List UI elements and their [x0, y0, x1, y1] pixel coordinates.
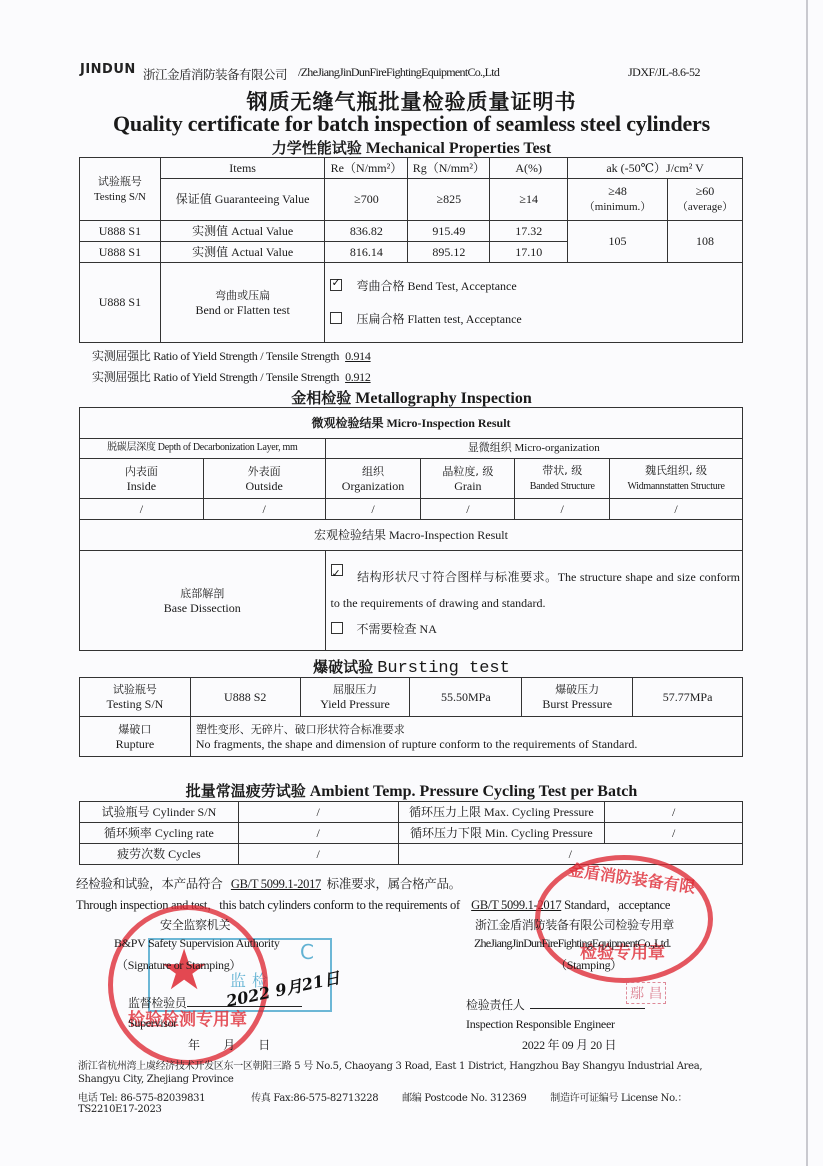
conclusion-cn: 经检验和试验，本产品符合 GB/T 5099.1-2017 标准要求，属合格产品…: [76, 874, 461, 892]
bend-sn: U888 S1: [80, 263, 161, 343]
document-title-en: Quality certificate for batch inspection…: [0, 111, 823, 137]
guarantee-ak-min: ≥48（minimum.）: [568, 179, 668, 221]
company-name-cn: 浙江金盾消防装备有限公司: [143, 65, 287, 83]
decarb-header: 脱碳层深度 Depth of Decarbonization Layer, mm: [80, 439, 326, 459]
na-option-label: 不需要检查 NA: [357, 622, 437, 636]
cycling-value: /: [238, 844, 398, 865]
burst-pressure-label: 爆破压力Burst Pressure: [522, 678, 633, 717]
sn-header: 试验瓶号Testing S/N: [80, 158, 161, 221]
rupture-label: 爆破口Rupture: [80, 717, 191, 757]
bend-label: 弯曲或压扁Bend or Flatten test: [160, 263, 325, 343]
ratio-line-2: 实测屈强比 Ratio of Yield Strength / Tensile …: [92, 368, 371, 385]
bend-checkbox[interactable]: [330, 279, 342, 291]
supervisor-cn: 监督检验员: [128, 994, 302, 1011]
authority-note: （Signature or Stamping）: [116, 956, 241, 973]
row-rg: 915.49: [408, 221, 490, 242]
engineer-date: 2022 年 09 月 20 日: [522, 1036, 616, 1053]
table-row: U888 S1 实测值 Actual Value 836.82 915.49 1…: [80, 221, 743, 242]
col-grain: 晶粒度, 级Grain: [421, 459, 515, 499]
value-cell: /: [203, 499, 325, 520]
guarantee-re: ≥700: [325, 179, 408, 221]
col-widmannstatten: 魏氏组织, 级Widmannstatten Structure: [610, 459, 743, 499]
guarantee-a: ≥14: [490, 179, 568, 221]
standard-ref: GB/T 5099.1-2017: [231, 877, 321, 891]
macro-options: 结构形状尺寸符合图样与标准要求。The structure shape and …: [325, 551, 742, 651]
section-title-en: Mechanical Properties Test: [366, 140, 551, 157]
company-stamp-note: （Stamping）: [555, 956, 622, 973]
company-stamp-cn: 浙江金盾消防装备有限公司检验专用章: [475, 916, 674, 933]
ak-actual-min: 105: [568, 221, 668, 263]
bend-options: 弯曲合格 Bend Test, Acceptance 压扁合格 Flatten …: [325, 263, 743, 343]
col-banded: 带状, 级Banded Structure: [515, 459, 610, 499]
a-header: A(%): [490, 158, 568, 179]
re-header: Re（N/mm²）: [325, 158, 408, 179]
metallography-section-title: 金相检验 Metallography Inspection: [0, 387, 823, 408]
company-logo: JINDUN: [80, 62, 136, 77]
rg-header: Rg（N/mm²）: [408, 158, 490, 179]
table-row: / / / / / /: [80, 499, 743, 520]
value-cell: /: [325, 499, 421, 520]
ratio-value: 0.912: [345, 370, 371, 384]
engineer-signature-line: [530, 1008, 645, 1009]
row-a: 17.10: [490, 242, 568, 263]
table-row: 试验瓶号 Cylinder S/N / 循环压力上限 Max. Cycling …: [80, 802, 743, 823]
yield-pressure-value: 55.50MPa: [410, 678, 522, 717]
row-re: 836.82: [325, 221, 408, 242]
burst-sn: U888 S2: [190, 678, 300, 717]
section-title-cn: 力学性能试验: [272, 139, 362, 157]
footer-contact: 电话 Tel: 86-575-82039831 传真 Fax:86-575-82…: [78, 1089, 743, 1115]
supervisor-en: Supervisor: [128, 1016, 177, 1031]
ak-actual-avg: 108: [668, 221, 743, 263]
engineer-en: Inspection Responsible Engineer: [466, 1017, 615, 1032]
mechanical-table: 试验瓶号Testing S/N Items Re（N/mm²） Rg（N/mm²…: [79, 157, 743, 343]
cycling-label: 循环频率 Cycling rate: [80, 823, 239, 844]
engineer-cn: 检验责任人: [466, 996, 645, 1013]
value-cell: /: [421, 499, 515, 520]
base-dissection-label: 底部解剖Base Dissection: [80, 551, 326, 651]
guarantee-label: 保证值 Guaranteeing Value: [160, 179, 325, 221]
document-header: JINDUN 浙江金盾消防装备有限公司 /ZheJiangJinDunFireF…: [80, 60, 720, 84]
supervisor-date: 年 月 日: [188, 1036, 270, 1053]
flatten-checkbox[interactable]: [330, 312, 342, 324]
cycling-value: /: [238, 802, 398, 823]
bursting-table: 试验瓶号Testing S/N U888 S2 屈服压力Yield Pressu…: [79, 677, 743, 757]
authority-en: B&PV Safety Supervision Authority: [114, 936, 280, 951]
table-row: 循环频率 Cycling rate / 循环压力下限 Min. Cycling …: [80, 823, 743, 844]
blue-stamp-letter: C: [300, 940, 314, 964]
value-cell: /: [610, 499, 743, 520]
ratio-line-1: 实测屈强比 Ratio of Yield Strength / Tensile …: [92, 347, 371, 364]
row-re: 816.14: [325, 242, 408, 263]
mechanical-section-title: 力学性能试验 Mechanical Properties Test: [0, 137, 823, 158]
col-inside: 内表面Inside: [80, 459, 204, 499]
footer-tel: 电话 Tel: 86-575-82039831: [78, 1093, 205, 1104]
rupture-description: 塑性变形、无碎片、破口形状符合标准要求No fragments, the sha…: [190, 717, 742, 757]
document-code: JDXF/JL-8.6-52: [628, 65, 700, 80]
company-name-en: /ZheJiangJinDunFireFightingEquipmentCo.,…: [298, 65, 499, 80]
cycling-value: /: [605, 802, 743, 823]
flatten-option-label: 压扁合格 Flatten test, Acceptance: [356, 312, 521, 326]
metallography-table: 微观检验结果 Micro-Inspection Result 脱碳层深度 Dep…: [79, 407, 743, 651]
guarantee-ak-avg: ≥60（average）: [668, 179, 743, 221]
burst-sn-label: 试验瓶号Testing S/N: [80, 678, 191, 717]
cycling-section-title: 批量常温疲劳试验 Ambient Temp. Pressure Cycling …: [0, 780, 823, 801]
row-sn: U888 S1: [80, 242, 161, 263]
guarantee-rg: ≥825: [408, 179, 490, 221]
burst-pressure-value: 57.77MPa: [633, 678, 743, 717]
conform-option-label: 结构形状尺寸符合图样与标准要求。The structure shape and …: [331, 570, 740, 610]
cycling-label: 循环压力下限 Min. Cycling Pressure: [398, 823, 605, 844]
supervisor-signature-line: [187, 1006, 302, 1007]
footer-fax: 传真 Fax:86-575-82713228: [251, 1093, 378, 1104]
footer-postcode: 邮编 Postcode No. 312369: [402, 1093, 526, 1104]
value-cell: /: [80, 499, 204, 520]
row-item: 实测值 Actual Value: [160, 221, 325, 242]
footer-address: 浙江省杭州湾上虞经济技术开发区东一区朝阳三路 5 号 No.5, Chaoyan…: [78, 1060, 743, 1086]
items-header: Items: [160, 158, 325, 179]
bursting-section-title: 爆破试验 Bursting test: [0, 656, 823, 678]
row-a: 17.32: [490, 221, 568, 242]
cycling-label: 循环压力上限 Max. Cycling Pressure: [398, 802, 605, 823]
col-organization: 组织Organization: [325, 459, 421, 499]
ratio-value: 0.914: [345, 349, 371, 363]
na-checkbox[interactable]: [331, 622, 343, 634]
ak-header: ak (-50℃）J/cm² V: [568, 158, 743, 179]
col-outside: 外表面Outside: [203, 459, 325, 499]
value-cell: /: [515, 499, 610, 520]
authority-cn: 安全监察机关: [160, 916, 230, 933]
microorg-header: 显微组织 Micro-organization: [325, 439, 742, 459]
cycling-table: 试验瓶号 Cylinder S/N / 循环压力上限 Max. Cycling …: [79, 801, 743, 865]
macro-inspection-title: 宏观检验结果 Macro-Inspection Result: [80, 520, 743, 551]
yield-pressure-label: 屈服压力Yield Pressure: [300, 678, 410, 717]
company-stamp-en: ZheJiangJinDunFireFightingEquipmentCo.,L…: [474, 936, 671, 951]
cycling-value: /: [238, 823, 398, 844]
micro-inspection-title: 微观检验结果 Micro-Inspection Result: [80, 408, 743, 439]
conform-checkbox[interactable]: [331, 564, 343, 576]
row-rg: 895.12: [408, 242, 490, 263]
row-sn: U888 S1: [80, 221, 161, 242]
page-edge: [806, 0, 808, 1166]
cycling-label: 试验瓶号 Cylinder S/N: [80, 802, 239, 823]
cycling-value: /: [605, 823, 743, 844]
bend-option-label: 弯曲合格 Bend Test, Acceptance: [356, 279, 516, 293]
row-item: 实测值 Actual Value: [160, 242, 325, 263]
cycling-label: 疲劳次数 Cycles: [80, 844, 239, 865]
